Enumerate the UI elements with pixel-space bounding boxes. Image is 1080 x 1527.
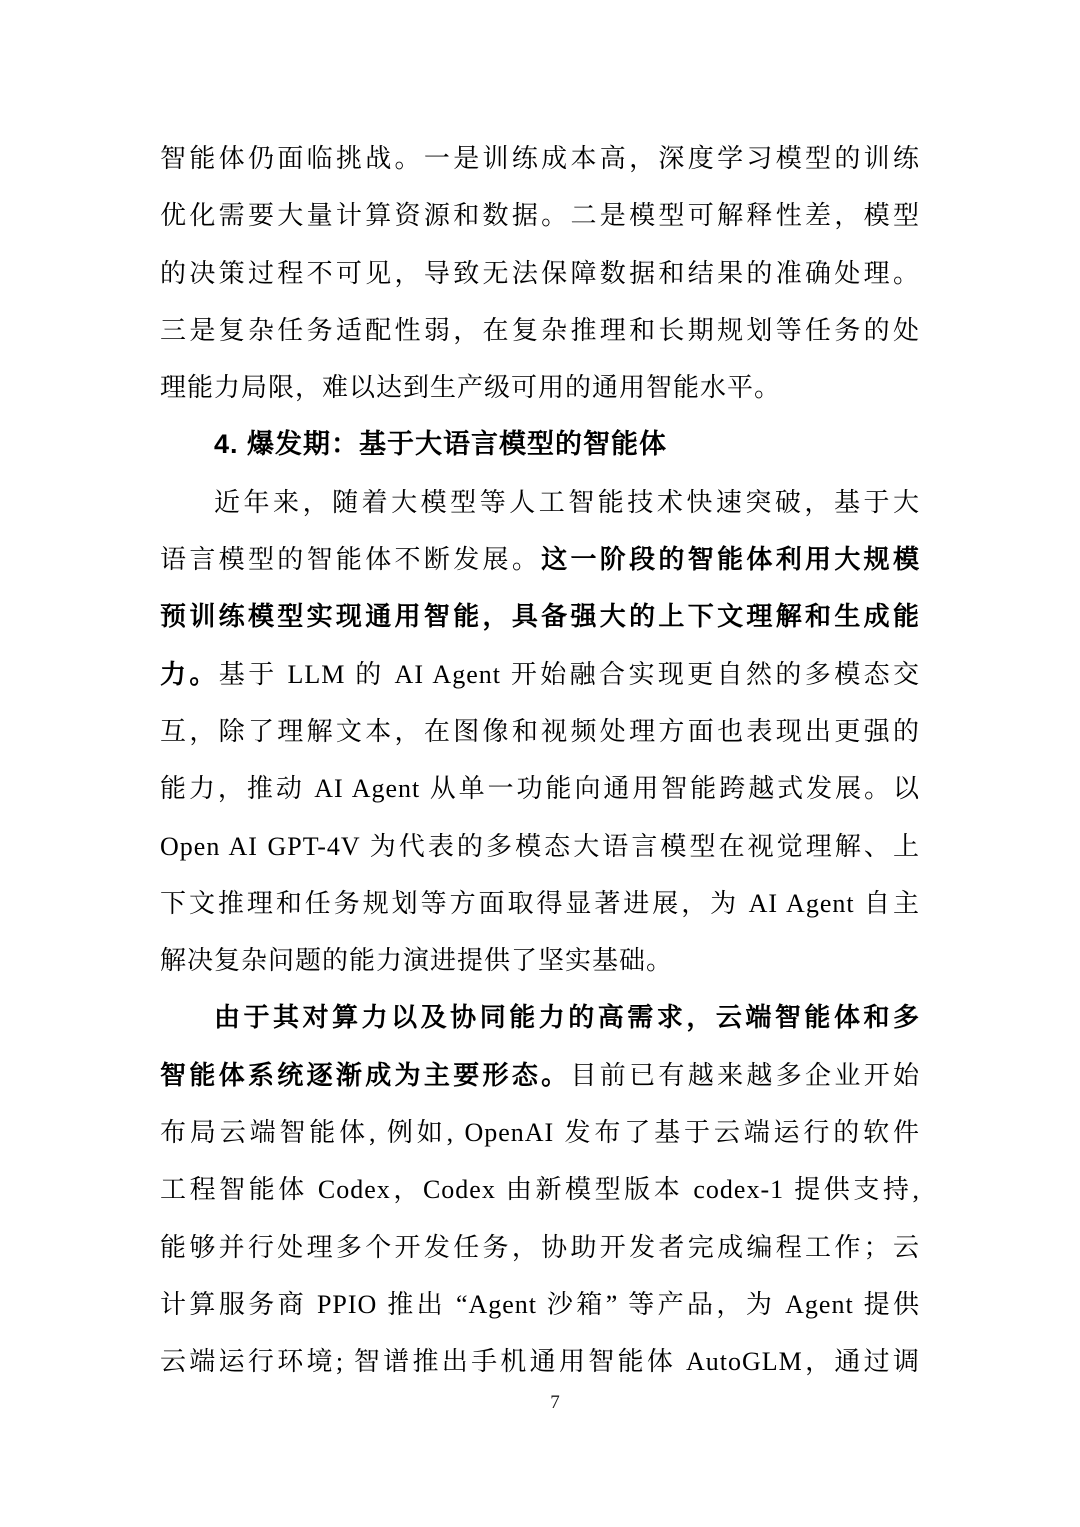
text-segment: 近年来，随着大模型等人工智能技术快速突破，基于大: [214, 488, 920, 517]
text-line: 能力，推动 AI Agent 从单一功能向通用智能跨越式发展。以: [160, 760, 920, 817]
text-segment: 优化需要大量计算资源和数据。二是模型可解释性差，模型: [160, 201, 920, 230]
document-page: 智能体仍面临挑战。一是训练成本高，深度学习模型的训练 优化需要大量计算资源和数据…: [0, 0, 1080, 1527]
page-number: 7: [540, 1391, 570, 1415]
text-segment: 三是复杂任务适配性弱，在复杂推理和长期规划等任务的处: [160, 316, 920, 345]
text-segment-bold: 智能体系统逐渐成为主要形态。: [160, 1060, 570, 1090]
text-line: 智能体仍面临挑战。一是训练成本高，深度学习模型的训练: [160, 130, 920, 187]
text-line: 优化需要大量计算资源和数据。二是模型可解释性差，模型: [160, 187, 920, 244]
text-line: 工程智能体 Codex，Codex 由新模型版本 codex-1 提供支持,: [160, 1161, 920, 1218]
text-segment: 目前已有越来越多企业开始: [570, 1061, 920, 1090]
document-body: 智能体仍面临挑战。一是训练成本高，深度学习模型的训练 优化需要大量计算资源和数据…: [160, 130, 920, 1391]
text-line: 近年来，随着大模型等人工智能技术快速突破，基于大: [160, 474, 920, 531]
text-line: 理能力局限，难以达到生产级可用的通用智能水平。: [160, 359, 920, 416]
text-segment-bold: 由于其对算力以及协同能力的高需求，云端智能体和多: [214, 1002, 920, 1032]
text-line: 互，除了理解文本，在图像和视频处理方面也表现出更强的: [160, 703, 920, 760]
text-segment: Open AI GPT-4V 为代表的多模态大语言模型在视觉理解、上: [160, 832, 920, 861]
text-segment: 工程智能体 Codex，Codex 由新模型版本 codex-1 提供支持,: [160, 1175, 920, 1204]
text-line: 的决策过程不可见，导致无法保障数据和结果的准确处理。: [160, 245, 920, 302]
text-line: 语言模型的智能体不断发展。这一阶段的智能体利用大规模: [160, 531, 920, 588]
text-line: 智能体系统逐渐成为主要形态。目前已有越来越多企业开始: [160, 1047, 920, 1104]
text-segment: 计算服务商 PPIO 推出 “Agent 沙箱” 等产品，为 Agent 提供: [160, 1290, 920, 1319]
text-segment-bold: 预训练模型实现通用智能，具备强大的上下文理解和生成能: [160, 601, 920, 631]
text-segment: 解决复杂问题的能力演进提供了坚实基础。: [160, 946, 673, 975]
text-segment: 的决策过程不可见，导致无法保障数据和结果的准确处理。: [160, 259, 920, 288]
text-segment: 布局云端智能体, 例如, OpenAI 发布了基于云端运行的软件: [160, 1118, 920, 1147]
text-line: 三是复杂任务适配性弱，在复杂推理和长期规划等任务的处: [160, 302, 920, 359]
text-line: 解决复杂问题的能力演进提供了坚实基础。: [160, 932, 920, 989]
text-segment: 基于 LLM 的 AI Agent 开始融合实现更自然的多模态交: [219, 660, 920, 689]
text-line: 下文推理和任务规划等方面取得显著进展，为 AI Agent 自主: [160, 875, 920, 932]
text-segment-bold: 这一阶段的智能体利用大规模: [541, 544, 920, 574]
text-segment: 云端运行环境; 智谱推出手机通用智能体 AutoGLM，通过调: [160, 1347, 920, 1376]
text-line: 由于其对算力以及协同能力的高需求，云端智能体和多: [160, 989, 920, 1046]
text-line: 布局云端智能体, 例如, OpenAI 发布了基于云端运行的软件: [160, 1104, 920, 1161]
section-heading: 4. 爆发期：基于大语言模型的智能体: [160, 416, 920, 473]
text-segment: 能够并行处理多个开发任务，协助开发者完成编程工作；云: [160, 1233, 920, 1262]
text-segment: 语言模型的智能体不断发展。: [160, 545, 541, 574]
text-line: 预训练模型实现通用智能，具备强大的上下文理解和生成能: [160, 588, 920, 645]
text-segment: 下文推理和任务规划等方面取得显著进展，为 AI Agent 自主: [160, 889, 920, 918]
text-segment: 智能体仍面临挑战。一是训练成本高，深度学习模型的训练: [160, 144, 920, 173]
text-line: 计算服务商 PPIO 推出 “Agent 沙箱” 等产品，为 Agent 提供: [160, 1276, 920, 1333]
text-segment: 能力，推动 AI Agent 从单一功能向通用智能跨越式发展。以: [160, 774, 920, 803]
heading-text: 4. 爆发期：基于大语言模型的智能体: [214, 429, 667, 459]
text-segment-bold: 力。: [160, 659, 219, 689]
text-segment: 理能力局限，难以达到生产级可用的通用智能水平。: [160, 373, 781, 402]
text-segment: 互，除了理解文本，在图像和视频处理方面也表现出更强的: [160, 717, 920, 746]
text-line: 力。基于 LLM 的 AI Agent 开始融合实现更自然的多模态交: [160, 646, 920, 703]
text-line: 能够并行处理多个开发任务，协助开发者完成编程工作；云: [160, 1219, 920, 1276]
text-line: Open AI GPT-4V 为代表的多模态大语言模型在视觉理解、上: [160, 818, 920, 875]
text-line: 云端运行环境; 智谱推出手机通用智能体 AutoGLM，通过调: [160, 1333, 920, 1390]
